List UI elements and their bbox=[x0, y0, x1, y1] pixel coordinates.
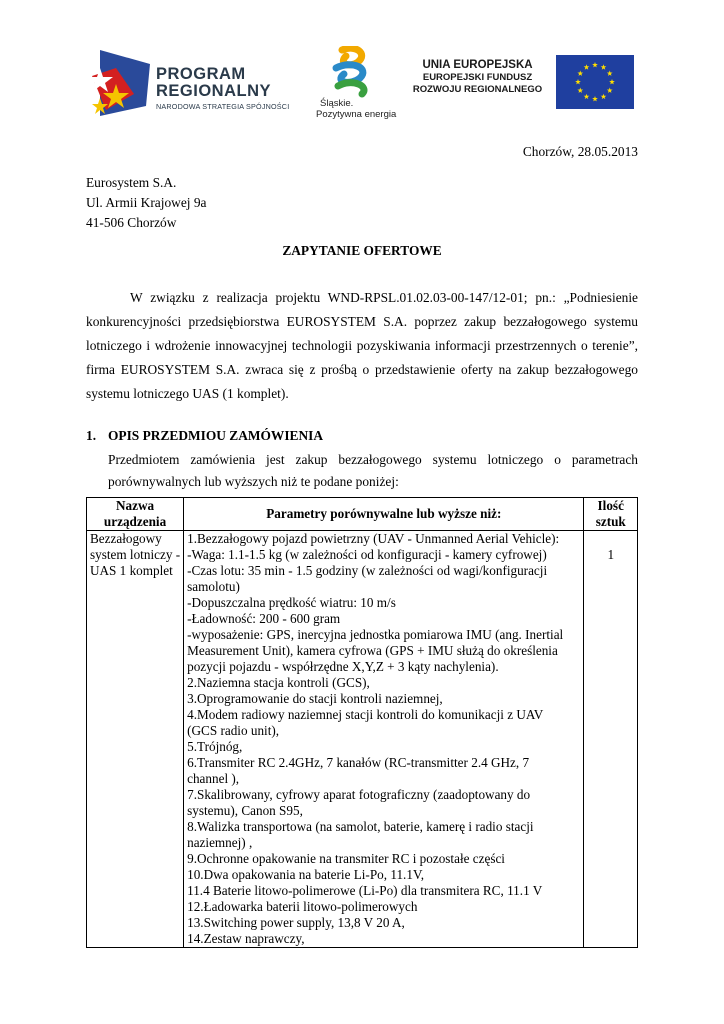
program-regionalny-line2: REGIONALNY bbox=[156, 83, 271, 100]
slaskie-logo: Śląskie. Pozytywna energia bbox=[312, 46, 402, 120]
parameter-line: channel ), bbox=[187, 771, 580, 787]
parameter-line: 7.Skalibrowany, cyfrowy aparat fotografi… bbox=[187, 787, 580, 803]
parameter-line: 5.Trójnóg, bbox=[187, 739, 580, 755]
parameter-line: -Czas lotu: 35 min - 1.5 godziny (w zale… bbox=[187, 563, 580, 579]
eu-flag-icon bbox=[556, 55, 634, 109]
intro-line: lotniczego i wdrożenie innowacyjnej tech… bbox=[86, 338, 638, 354]
parameter-line: -Waga: 1.1-1.5 kg (w zależności od konfi… bbox=[187, 547, 580, 563]
parameter-line: 13.Switching power supply, 13,8 V 20 A, bbox=[187, 915, 580, 931]
intro-line: konkurencyjności przedsiębiorstwa EUROSY… bbox=[86, 314, 638, 330]
program-regionalny-line3: NARODOWA STRATEGIA SPÓJNOŚCI bbox=[156, 102, 289, 111]
parameter-line: 12.Ładowarka baterii litowo-polimerowych bbox=[187, 899, 580, 915]
device-cell: Bezzałogowysystem lotniczy -UAS 1 komple… bbox=[87, 531, 184, 948]
parameter-line: 11.4 Baterie litowo-polimerowe (Li-Po) d… bbox=[187, 883, 580, 899]
parameter-line: (GCS radio unit), bbox=[187, 723, 580, 739]
sender-street: Ul. Armii Krajowej 9a bbox=[86, 195, 207, 211]
parameter-line: naziemnej) , bbox=[187, 835, 580, 851]
device-line: Bezzałogowy bbox=[90, 531, 180, 547]
program-regionalny-emblem-icon bbox=[86, 46, 152, 118]
document-title: ZAPYTANIE OFERTOWE bbox=[0, 243, 724, 259]
parameter-line: 6.Transmiter RC 2.4GHz, 7 kanałów (RC-tr… bbox=[187, 755, 580, 771]
parameter-line: 9.Ochronne opakowanie na transmiter RC i… bbox=[187, 851, 580, 867]
header-parameters: Parametry porównywalne lub wyższe niż: bbox=[184, 498, 584, 531]
intro-line: systemu lotniczego UAS (1 komplet). bbox=[86, 386, 638, 402]
section-number: 1. bbox=[86, 428, 96, 444]
parameter-line: 4.Modem radiowy naziemnej stacji kontrol… bbox=[187, 707, 580, 723]
unia-line1: UNIA EUROPEJSKA bbox=[405, 58, 550, 72]
parameter-line: 8.Walizka transportowa (na samolot, bate… bbox=[187, 819, 580, 835]
table-header-row: Nazwa urządzenia Parametry porównywalne … bbox=[87, 498, 638, 531]
parameter-line: pozycji pojazdu - współrzędne X,Y,Z + 3 … bbox=[187, 659, 580, 675]
parameter-line: -Ładowność: 200 - 600 gram bbox=[187, 611, 580, 627]
unia-europejska-text: UNIA EUROPEJSKA EUROPEJSKI FUNDUSZ ROZWO… bbox=[405, 58, 550, 96]
date-line: Chorzów, 28.05.2013 bbox=[523, 144, 638, 160]
section-text-line: Przedmiotem zamówienia jest zakup bezzał… bbox=[108, 452, 638, 468]
intro-line: W związku z realizacja projektu WND-RPSL… bbox=[130, 290, 638, 306]
intro-line: firma EUROSYSTEM S.A. zwraca się z prośb… bbox=[86, 362, 638, 378]
slaskie-line2: Pozytywna energia bbox=[316, 109, 396, 120]
specification-table: Nazwa urządzenia Parametry porównywalne … bbox=[86, 497, 638, 948]
header-quantity-line: Ilość bbox=[587, 498, 634, 514]
header-quantity-line: sztuk bbox=[587, 514, 634, 530]
parameter-line: samolotu) bbox=[187, 579, 580, 595]
program-regionalny-logo: PROGRAM REGIONALNY NARODOWA STRATEGIA SP… bbox=[86, 46, 301, 120]
parameter-line: systemu), Canon S95, bbox=[187, 803, 580, 819]
parameter-line: 2.Naziemna stacja kontroli (GCS), bbox=[187, 675, 580, 691]
section-heading: OPIS PRZEDMIOU ZAMÓWIENIA bbox=[108, 428, 323, 444]
unia-line3: ROZWOJU REGIONALNEGO bbox=[405, 84, 550, 96]
slaskie-emblem-icon bbox=[312, 46, 402, 98]
parameter-line: -wyposażenie: GPS, inercyjna jednostka p… bbox=[187, 627, 580, 643]
program-regionalny-line1: PROGRAM bbox=[156, 66, 246, 83]
parameter-line: 10.Dwa opakowania na baterie Li-Po, 11.1… bbox=[187, 867, 580, 883]
header-device-name: Nazwa urządzenia bbox=[87, 498, 184, 531]
device-line: UAS 1 komplet bbox=[90, 563, 180, 579]
parameter-line: Measurement Unit), kamera cyfrowa (GPS +… bbox=[187, 643, 580, 659]
slaskie-line1: Śląskie. bbox=[320, 98, 353, 109]
sender-city: 41-506 Chorzów bbox=[86, 215, 176, 231]
parameter-line: -Dopuszczalna prędkość wiatru: 10 m/s bbox=[187, 595, 580, 611]
quantity-cell: 1 bbox=[584, 531, 638, 948]
parameter-line: 1.Bezzałogowy pojazd powietrzny (UAV - U… bbox=[187, 531, 580, 547]
header-device-line: urządzenia bbox=[90, 514, 180, 530]
parameter-line: 14.Zestaw naprawczy, bbox=[187, 931, 580, 947]
table-row: Bezzałogowysystem lotniczy -UAS 1 komple… bbox=[87, 531, 638, 948]
sender-name: Eurosystem S.A. bbox=[86, 175, 176, 191]
header-device-line: Nazwa bbox=[90, 498, 180, 514]
unia-line2: EUROPEJSKI FUNDUSZ bbox=[405, 72, 550, 84]
parameters-cell: 1.Bezzałogowy pojazd powietrzny (UAV - U… bbox=[184, 531, 584, 948]
parameter-line: 3.Oprogramowanie do stacji kontroli nazi… bbox=[187, 691, 580, 707]
device-line: system lotniczy - bbox=[90, 547, 180, 563]
header-quantity: Ilość sztuk bbox=[584, 498, 638, 531]
section-text-line: porównywalnych lub wyższych niż te podan… bbox=[108, 474, 638, 490]
